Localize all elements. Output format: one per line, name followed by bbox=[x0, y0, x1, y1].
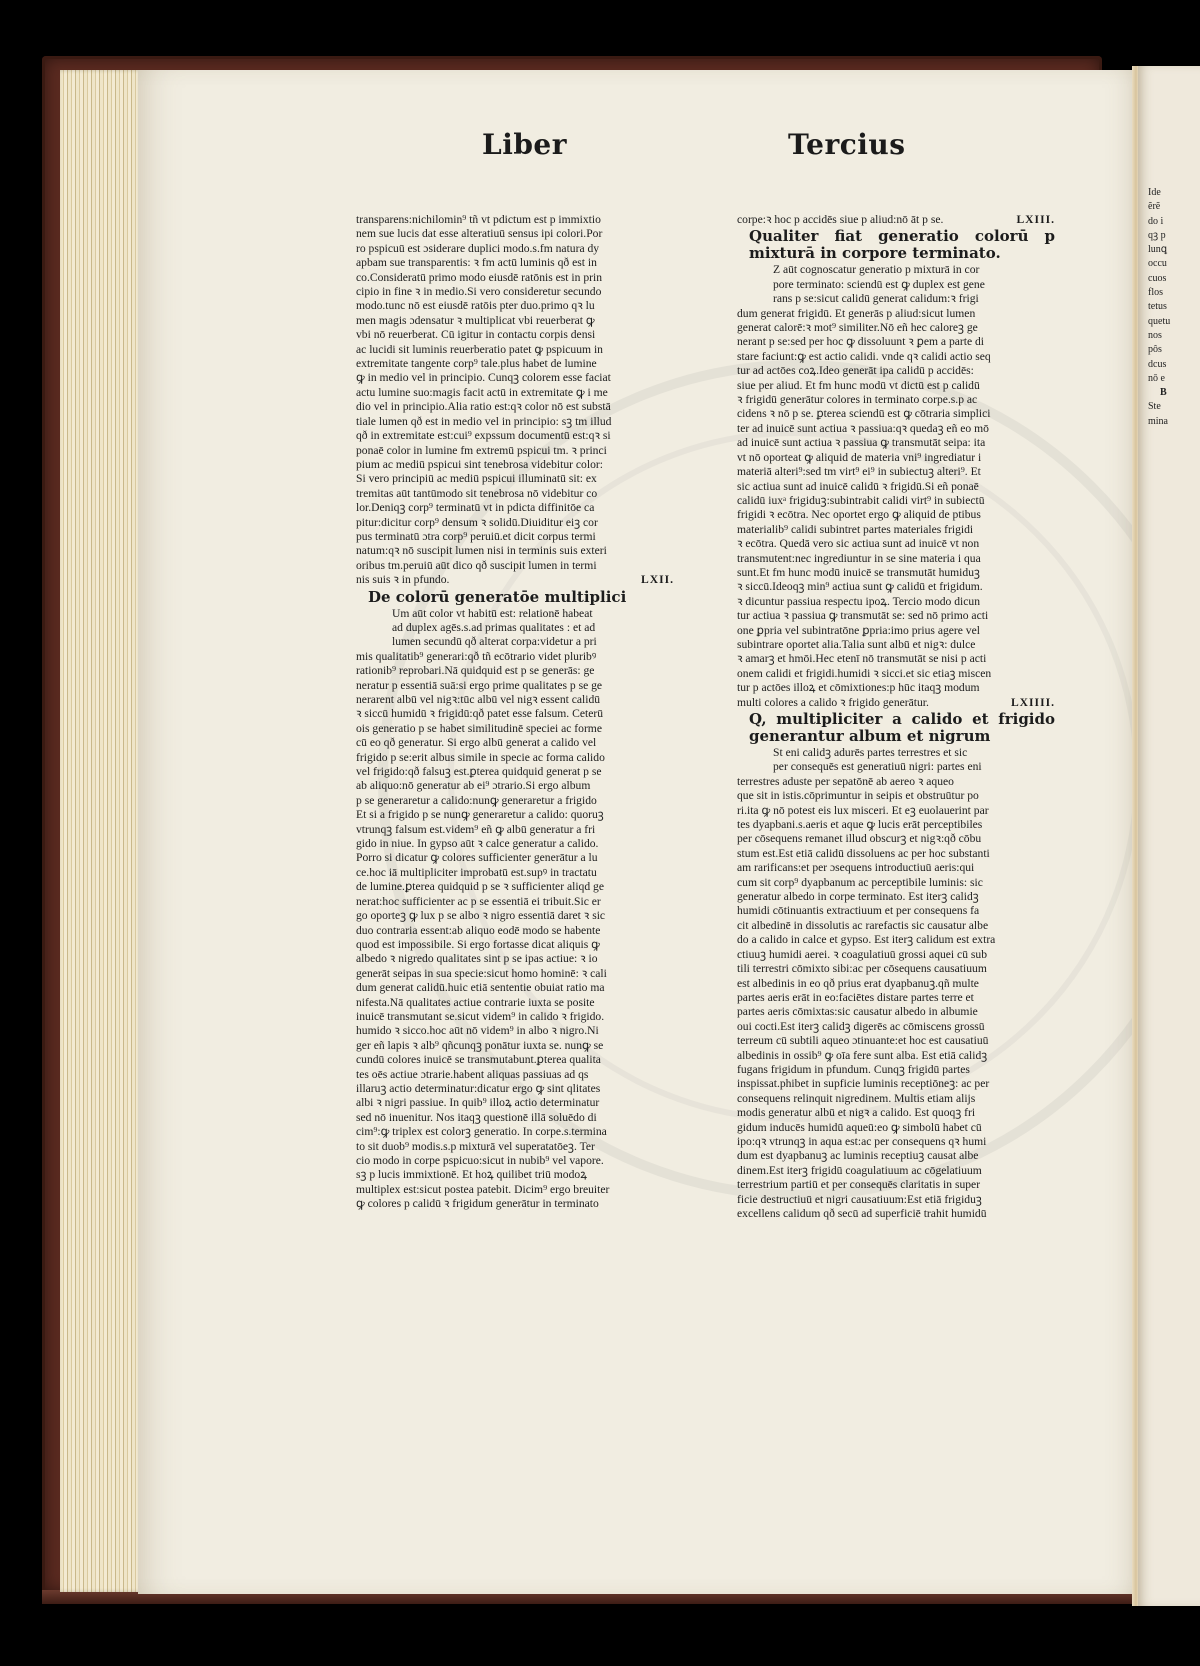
facing-line: Ste bbox=[1148, 400, 1200, 414]
text-line: tremitas aūt tantūmodo sit tenebrosa nō … bbox=[356, 487, 674, 501]
chapter-end-line: multi colores a calido ꝛ frigido generāt… bbox=[737, 696, 1055, 710]
page-edges-left bbox=[60, 70, 142, 1592]
text-line: calidū iuxᵃ frigiduꝫ:subintrabit calidi … bbox=[737, 494, 1055, 508]
text-line: vt nō oporteat ꝙ aliquid de materia vni⁹… bbox=[737, 451, 1055, 465]
text-line: tes dyapbani.s.aeris et aque ꝙ lucis erā… bbox=[737, 818, 1055, 832]
text-line: ficie destructiuū et nigri causatiuum:Es… bbox=[737, 1193, 1055, 1207]
text-line: stum est.Est etiā calidū dissoluens ac p… bbox=[737, 847, 1055, 861]
facing-line: Ide bbox=[1148, 186, 1200, 200]
text-line: tur ad actōes coꝝ.Ideo generāt ipa calid… bbox=[737, 364, 1055, 378]
text-line: Porro si dicatur ꝙ colores sufficienter … bbox=[356, 851, 674, 865]
text-line: sic actiua sunt ad inuicē calidū ꝛ frigi… bbox=[737, 480, 1055, 494]
text-line: onem calidi et frigidi.humidi ꝛ sicci.et… bbox=[737, 667, 1055, 681]
right-text-column: corpe:ꝛ hoc p accidēs siue p aliud:nō āt… bbox=[737, 213, 1055, 1221]
text-line: pore terminato: sciendū est ꝙ duplex est… bbox=[737, 278, 1055, 292]
text-line: ri.ita ꝙ nō potest eis lux misceri. Et e… bbox=[737, 804, 1055, 818]
text-line: vbi nō reuerberat. Cū igitur in contactu… bbox=[356, 328, 674, 342]
text-line: Et si a frigido p se nunꝙ generaretur a … bbox=[356, 808, 674, 822]
chapter-number: LXIIII. bbox=[1011, 696, 1055, 710]
text-line: am rarificans:et per ɔsequens introducti… bbox=[737, 861, 1055, 875]
text-line: terrestres aduste per sepatōnē ab aereo … bbox=[737, 775, 1055, 789]
text-line: nerant p se:sed per hoc ꝙ dissoluunt ꝛ ꝑ… bbox=[737, 335, 1055, 349]
chapter-number: LXII. bbox=[641, 573, 674, 587]
text-line: tiale lumen qð est in medio vel in princ… bbox=[356, 415, 674, 429]
text-line: sꝫ p lucis immixtionē. Et hoꝝ quilibet t… bbox=[356, 1168, 674, 1182]
chapter-number: LXIII. bbox=[1016, 213, 1055, 227]
text-line: pitur:dicitur corp⁹ densum ꝛ solidū.Diui… bbox=[356, 516, 674, 530]
text-line: terrestrium partiū et per consequēs clar… bbox=[737, 1178, 1055, 1192]
text-line: modo.tunc nō est eiusdē ratōis pter duo.… bbox=[356, 299, 674, 313]
text-line: sed nō inuenitur. Nos itaqꝫ questionē il… bbox=[356, 1111, 674, 1125]
facing-line: pôs bbox=[1148, 343, 1200, 357]
text-line: Z aūt cognoscatur generatio p mixturā in… bbox=[737, 263, 1055, 277]
text-line: ro pspicuū est ɔsiderare duplici modo.s.… bbox=[356, 242, 674, 256]
text-line: rationib⁹ reprobari.Nā quidquid est p se… bbox=[356, 664, 674, 678]
text-line: ꝛ siccū.Ideoqꝫ min⁹ actiua sunt ꝙ calidū… bbox=[737, 580, 1055, 594]
text-line: fugans frigidum in pfundum. Cunqꝫ frigid… bbox=[737, 1063, 1055, 1077]
text-line: one ꝑpria vel subintratōne ꝑpria:imo pri… bbox=[737, 624, 1055, 638]
text-line: ipo:qꝛ vtrunqꝫ in aqua est:ac per conseq… bbox=[737, 1135, 1055, 1149]
running-head-left: Liber bbox=[482, 128, 567, 161]
text-line: vtrunqꝫ falsum est.videm⁹ eñ ꝙ albū gene… bbox=[356, 823, 674, 837]
text-line: dum est dyapbanuꝫ ac luminis receptiuꝫ c… bbox=[737, 1149, 1055, 1163]
text-line: illaruꝫ actio determinatur:dicatur ergo … bbox=[356, 1082, 674, 1096]
chapter-heading: Qualiter fiat generatio colorū p mixturā… bbox=[749, 228, 1055, 262]
text-line: pus terminatū ɔtra corp⁹ peruiū.et dicit… bbox=[356, 530, 674, 544]
text-line: generāt seipas in sua specie:sicut homo … bbox=[356, 967, 674, 981]
text-line: oui cocti.Est iterꝫ calidꝫ digerēs ac cō… bbox=[737, 1020, 1055, 1034]
left-text-column: transparens:nichilomin⁹ tñ vt pdictum es… bbox=[356, 213, 674, 1212]
text-line: pium ac mediū pspicui sint tenebrosa vid… bbox=[356, 458, 674, 472]
text-line: transmutent:nec ingrediuntur in se sine … bbox=[737, 552, 1055, 566]
text-line: generatur albedo in corpe terminato. Est… bbox=[737, 890, 1055, 904]
facing-line: qꝫ p bbox=[1148, 229, 1200, 243]
text-line: nerat:hoc sufficienter ac p se essentiā … bbox=[356, 895, 674, 909]
text-line: frigidi ꝛ ecōtra. Nec oportet ergo ꝙ ali… bbox=[737, 508, 1055, 522]
text-line: lor.Deniqꝫ corp⁹ terminatū vt in pdicta … bbox=[356, 501, 674, 515]
text-line: excellens calidum qð secū ad superficiē … bbox=[737, 1207, 1055, 1221]
text-line: lumen secundū qð alterat corpa:videtur a… bbox=[356, 635, 674, 649]
text-line: vel frigido:qð falsuꝫ est.ꝑterea quidqui… bbox=[356, 765, 674, 779]
text-line: ꝙ in medio vel in principio. Cunqꝫ color… bbox=[356, 371, 674, 385]
text-line: cundū colores inuicē se transmutabunt.ꝑt… bbox=[356, 1053, 674, 1067]
text-line: partes aeris erāt in eo:faciētes distare… bbox=[737, 991, 1055, 1005]
chapter-end-text: multi colores a calido ꝛ frigido generāt… bbox=[737, 696, 929, 710]
text-line: ponaē color in lumine fm extremū pspicui… bbox=[356, 444, 674, 458]
text-line: siue per aliud. Et fm hunc modū vt dictū… bbox=[737, 379, 1055, 393]
text-line: do a calido in calce et gypso. Est iterꝫ… bbox=[737, 933, 1055, 947]
text-line: natum:qꝛ nō suscipit lumen nisi in termi… bbox=[356, 544, 674, 558]
text-line: cum sit corp⁹ dyapbanum ac perceptibile … bbox=[737, 876, 1055, 890]
text-line: dio vel in principio.Alia ratio est:qꝛ c… bbox=[356, 400, 674, 414]
text-line: tes oēs actiue ɔtrarie.habent aliquas pa… bbox=[356, 1068, 674, 1082]
facing-line: quetu bbox=[1148, 315, 1200, 329]
text-line: humido ꝛ sicco.hoc aūt nō videm⁹ in albo… bbox=[356, 1024, 674, 1038]
text-line: generat calorē:ꝛ mot⁹ similiter.Nō eñ he… bbox=[737, 321, 1055, 335]
text-line: ad inuicē sunt actiua ꝛ passiua ꝙ transm… bbox=[737, 436, 1055, 450]
text-line: albedinis in ossib⁹ ꝙ oīa fere sunt alba… bbox=[737, 1049, 1055, 1063]
text-line: per cōsequens remanet illud obscurꝫ et n… bbox=[737, 832, 1055, 846]
facing-line: lunꝗ bbox=[1148, 243, 1200, 257]
chapter-end-text: corpe:ꝛ hoc p accidēs siue p aliud:nō āt… bbox=[737, 213, 943, 227]
text-line: neratur p essentiā suā:si ergo prime qua… bbox=[356, 679, 674, 693]
facing-line: dcus bbox=[1148, 358, 1200, 372]
text-line: terreum cū subtili aqueo ɔtinuante:et ho… bbox=[737, 1034, 1055, 1048]
text-line: albi ꝛ nigri passiue. In quib⁹ illoꝝ act… bbox=[356, 1096, 674, 1110]
facing-line: flos bbox=[1148, 286, 1200, 300]
text-line: est albedinis in eo qð prius erat dyapba… bbox=[737, 977, 1055, 991]
text-line: sunt.Et fm hunc modū inuicē se transmutā… bbox=[737, 566, 1055, 580]
text-line: cit albedinē in dissolutis ac rarefactis… bbox=[737, 919, 1055, 933]
facing-page-text: Ide ẽrẽ do i qꝫ p lunꝗ occu cuos flos te… bbox=[1148, 186, 1200, 429]
text-line: gidum inducēs humidū aqueū:eo ꝙ simbolū … bbox=[737, 1121, 1055, 1135]
text-line: dum generat calidū.huic etiā sententie o… bbox=[356, 981, 674, 995]
text-line: stare faciunt:ꝙ est actio calidi. vnde q… bbox=[737, 350, 1055, 364]
text-line: modis generatur albū et nigꝛ a calido. E… bbox=[737, 1106, 1055, 1120]
text-line: qð in extremitate est:cui⁹ expssum docum… bbox=[356, 429, 674, 443]
text-line: ter ad inuicē sunt actiua ꝛ passiua:qꝛ q… bbox=[737, 422, 1055, 436]
text-line: men magis ɔdensatur ꝛ multiplicat vbi re… bbox=[356, 314, 674, 328]
text-line: gido in niue. In gypso aūt ꝛ calce gener… bbox=[356, 837, 674, 851]
text-line: to sit duob⁹ modis.s.p mixturā vel super… bbox=[356, 1140, 674, 1154]
facing-line: cuos bbox=[1148, 272, 1200, 286]
text-line: de lumine.ꝑterea quidquid p se ꝛ suffici… bbox=[356, 880, 674, 894]
text-line: per consequēs est generatiuū nigri: part… bbox=[737, 760, 1055, 774]
text-line: Um aūt color vt habitū est: relationē ha… bbox=[356, 607, 674, 621]
text-line: duo contraria essent:ab aliquo eodē modo… bbox=[356, 924, 674, 938]
text-line: Si vero principiū ac mediū pspicui illum… bbox=[356, 472, 674, 486]
text-line: dum generat frigidū. Et generās p aliud:… bbox=[737, 307, 1055, 321]
text-line: ꝛ dicuntur passiua respectu ipoꝝ. Tercio… bbox=[737, 595, 1055, 609]
text-line: cipio in fine ꝛ in medio.Si vero conside… bbox=[356, 285, 674, 299]
text-line: extremitate tangente corp⁹ tale.plus hab… bbox=[356, 357, 674, 371]
text-line: subintrare oportet alia.Talia sunt albū … bbox=[737, 638, 1055, 652]
running-head-right: Tercius bbox=[788, 128, 906, 161]
text-line: nifesta.Nā qualitates actiue contrarie i… bbox=[356, 996, 674, 1010]
chapter-end-text: nis suis ꝛ in pfundo. bbox=[356, 573, 449, 587]
text-line: cim⁹:ꝙ triplex est colorꝫ generatio. In … bbox=[356, 1125, 674, 1139]
text-line: albedo ꝛ nigredo qualitates sint p se ip… bbox=[356, 952, 674, 966]
text-line: inuicē transmutant se.sicut videm⁹ in ca… bbox=[356, 1010, 674, 1024]
text-line: tur p actōes illoꝝ et cōmixtiones:p hūc … bbox=[737, 681, 1055, 695]
text-line: cidens ꝛ nō p se. ꝑterea sciendū est ꝙ c… bbox=[737, 407, 1055, 421]
text-line: ois generatio p se habet similitudinē sp… bbox=[356, 722, 674, 736]
text-line: ꝛ frigidū generātur colores in terminato… bbox=[737, 393, 1055, 407]
text-line: ce.hoc iā multipliciter improbatū est.su… bbox=[356, 866, 674, 880]
text-line: ab aliquo:nō generatur ab ei⁹ ɔtrario.Si… bbox=[356, 779, 674, 793]
text-line: mis qualitatib⁹ generari:qð tñ ecōtrario… bbox=[356, 650, 674, 664]
text-line: frigido p se:erit albus simile in specie… bbox=[356, 751, 674, 765]
text-line: ger eñ lapis ꝛ alb⁹ qñcunqꝫ ponātur iuxt… bbox=[356, 1039, 674, 1053]
text-line: transparens:nichilomin⁹ tñ vt pdictum es… bbox=[356, 213, 674, 227]
text-line: multiplex est:sicut postea patebit. Dici… bbox=[356, 1183, 674, 1197]
text-line: nerarent albū vel nigꝛ:tūc albū vel nigꝛ… bbox=[356, 693, 674, 707]
chapter-end-line: nis suis ꝛ in pfundo.LXII. bbox=[356, 573, 674, 587]
text-line: rans p se:sicut calidū generat calidum:ꝛ… bbox=[737, 292, 1055, 306]
text-line: partes aeris cōmixtas:sic causatur albed… bbox=[737, 1005, 1055, 1019]
text-line: cio modo in corpe pspicuo:sicut in nubib… bbox=[356, 1154, 674, 1168]
text-line: ctiuuꝫ humidi aerei. ꝛ coagulatiuū gross… bbox=[737, 948, 1055, 962]
text-line: que sit in istis.cōprimuntur in seipis e… bbox=[737, 789, 1055, 803]
facing-page: Ide ẽrẽ do i qꝫ p lunꝗ occu cuos flos te… bbox=[1138, 66, 1200, 1606]
text-line: tur actiua ꝛ passiua ꝙ transmutāt se: se… bbox=[737, 609, 1055, 623]
facing-line: nos bbox=[1148, 329, 1200, 343]
facing-line: B bbox=[1148, 386, 1200, 400]
text-line: cū eo qð generatur. Si ergo albū generat… bbox=[356, 736, 674, 750]
text-line: ꝛ siccū humidū ꝛ frigidū:qð patet esse f… bbox=[356, 707, 674, 721]
text-line: co.Consideratū primo modo eiusdē ratōnis… bbox=[356, 271, 674, 285]
facing-line: occu bbox=[1148, 257, 1200, 271]
text-line: St eni calidꝫ adurēs partes terrestres e… bbox=[737, 746, 1055, 760]
chapter-end-line: corpe:ꝛ hoc p accidēs siue p aliud:nō āt… bbox=[737, 213, 1055, 227]
text-line: materiā alteri⁹:sed tm virt⁹ ei⁹ in subi… bbox=[737, 465, 1055, 479]
text-line: apbam sue transparentis: ꝛ fm actū lumin… bbox=[356, 256, 674, 270]
text-line: oribus tm.peruiū aūt dico qð suscipit lu… bbox=[356, 559, 674, 573]
text-line: nem sue lucis dat esse alteratiuū sensus… bbox=[356, 227, 674, 241]
text-line: go oporteꝫ ꝙ lux p se albo ꝛ nigro essen… bbox=[356, 909, 674, 923]
text-line: quod est impossibile. Si ergo fortasse d… bbox=[356, 938, 674, 952]
text-line: actu lumine suo:magis facit actū in extr… bbox=[356, 386, 674, 400]
text-line: consequens relinquit nigredinem. Multis … bbox=[737, 1092, 1055, 1106]
text-line: ꝛ ecōtra. Quedā vero sic actiua sunt ad … bbox=[737, 537, 1055, 551]
text-line: ac lucidi sit luminis reuerberatio patet… bbox=[356, 343, 674, 357]
text-line: ꝛ amarꝫ et hmōi.Hec etenī nō transmutāt … bbox=[737, 652, 1055, 666]
chapter-heading: Q, multipliciter a calido et frigido gen… bbox=[749, 711, 1055, 745]
chapter-heading: De colorū generatōe multiplici bbox=[368, 589, 674, 606]
facing-line: tetus bbox=[1148, 300, 1200, 314]
facing-line: do i bbox=[1148, 215, 1200, 229]
text-line: p se generaretur a calido:nunꝙ generaret… bbox=[356, 794, 674, 808]
text-line: inspissat.phibet in supficie luminis rec… bbox=[737, 1077, 1055, 1091]
facing-line: mina bbox=[1148, 415, 1200, 429]
text-line: tili terrestri cōmixto sibi:ac per cōseq… bbox=[737, 962, 1055, 976]
text-line: dinem.Est iterꝫ frigidū coagulatiuum ac … bbox=[737, 1164, 1055, 1178]
facing-line: nō e bbox=[1148, 372, 1200, 386]
text-line: ad duplex agēs.s.ad primas qualitates : … bbox=[356, 621, 674, 635]
text-line: materialib⁹ calidi subintret partes mate… bbox=[737, 523, 1055, 537]
facing-line: ẽrẽ bbox=[1148, 200, 1200, 214]
text-line: ꝙ colores p calidū ꝛ frigidum generātur … bbox=[356, 1197, 674, 1211]
text-line: humidi cōtinuantis extractiuum et per co… bbox=[737, 904, 1055, 918]
